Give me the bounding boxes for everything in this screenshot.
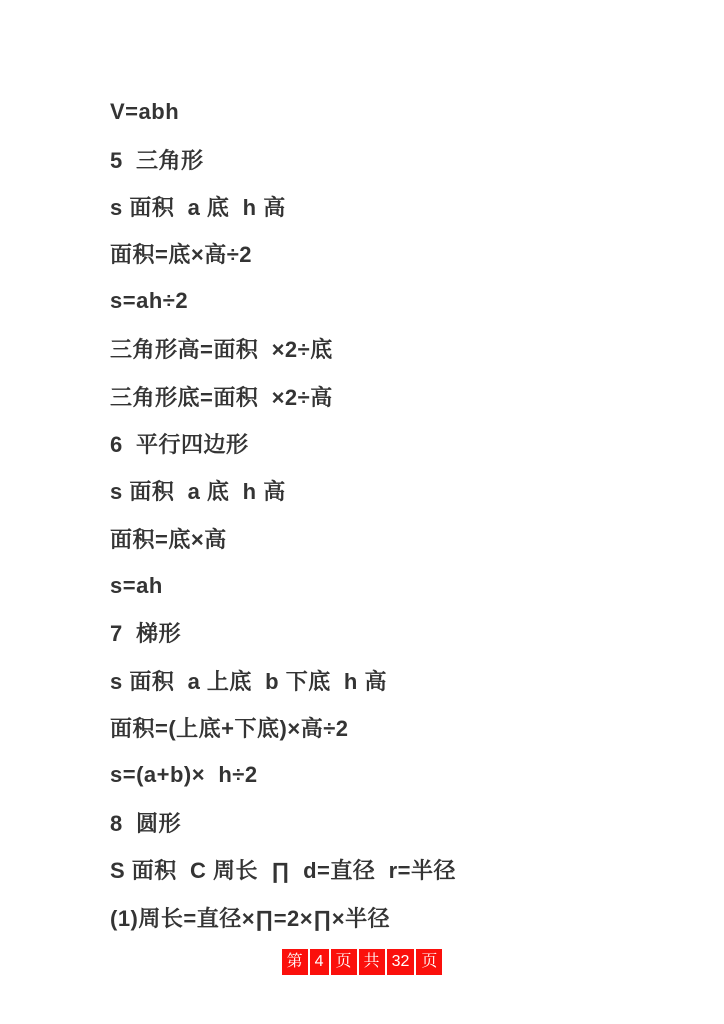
formula-line: 面积=(上底+下底)×高÷2 [110,704,684,751]
section-heading-triangle: 5 三角形 [110,135,684,182]
formula-line: (1)周长=直径×∏=2×∏×半径 [110,894,684,941]
formula-line: s 面积 a 底 h 高 [110,467,684,514]
page-number-segment: 页 [416,949,442,975]
formula-line: 面积=底×高 [110,515,684,562]
section-heading-trapezoid: 7 梯形 [110,609,684,656]
formula-line: 面积=底×高÷2 [110,230,684,277]
page-number-segment: 页 [331,949,357,975]
formula-line: 三角形高=面积 ×2÷底 [110,325,684,372]
formula-line: s=ah [110,562,684,609]
formula-line: s=ah÷2 [110,278,684,325]
page-number-footer: 第 4 页 共 32 页 [0,949,724,975]
formula-line: 三角形底=面积 ×2÷高 [110,372,684,419]
page-number-segment: 4 [310,949,329,975]
page-number-segment: 第 [282,949,308,975]
page-number-segment: 32 [387,949,415,975]
formula-line: s=(a+b)× h÷2 [110,751,684,798]
document-page: V=abh 5 三角形 s 面积 a 底 h 高 面积=底×高÷2 s=ah÷2… [0,0,724,1024]
formula-line: s 面积 a 上底 b 下底 h 高 [110,657,684,704]
formula-list: V=abh 5 三角形 s 面积 a 底 h 高 面积=底×高÷2 s=ah÷2… [110,88,684,941]
formula-line: S 面积 C 周长 ∏ d=直径 r=半径 [110,846,684,893]
page-number-segment: 共 [359,949,385,975]
section-heading-circle: 8 圆形 [110,799,684,846]
formula-line: V=abh [110,88,684,135]
formula-line: s 面积 a 底 h 高 [110,183,684,230]
section-heading-parallelogram: 6 平行四边形 [110,420,684,467]
